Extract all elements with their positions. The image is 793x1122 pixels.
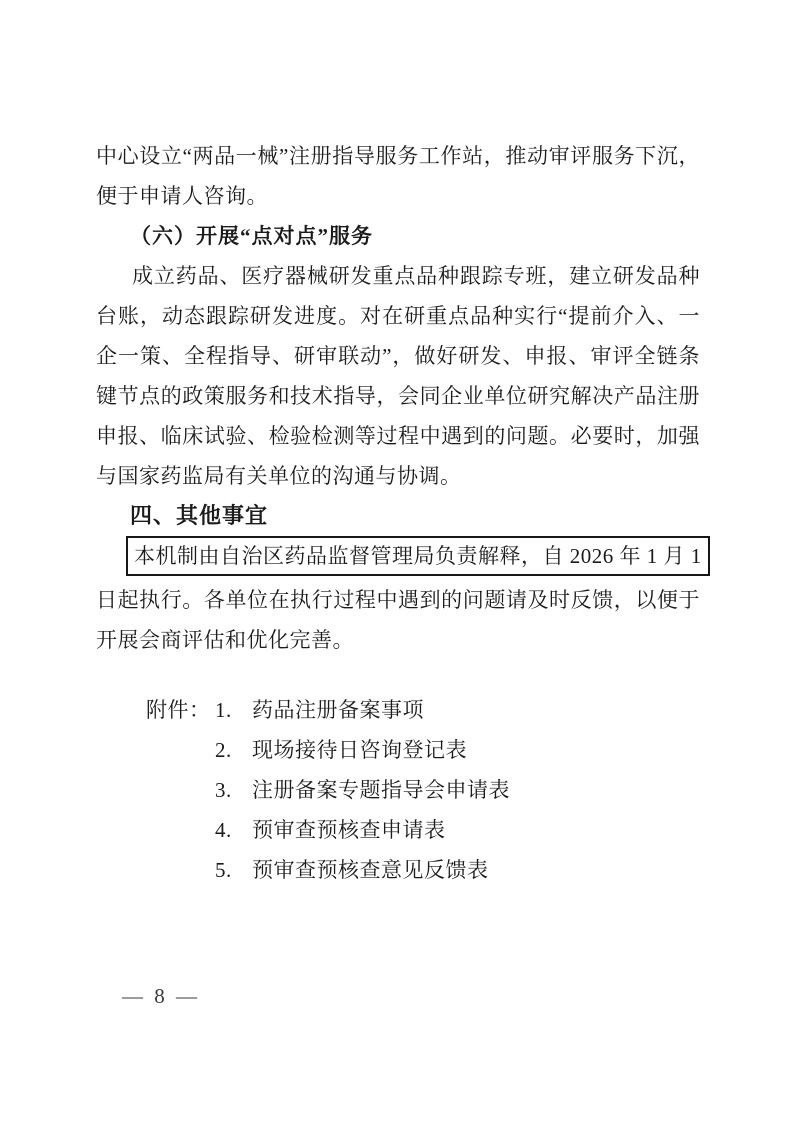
body-line: 日起执行。各单位在执行过程中遇到的问题请及时反馈，以便于	[96, 580, 700, 620]
attachment-number: 1.	[215, 690, 252, 730]
page-number: — 8 —	[122, 984, 200, 1009]
body-line: 台账，动态跟踪研发进度。对在研重点品种实行“提前介入、一	[96, 296, 700, 336]
boxed-text: 本机制由自治区药品监督管理局负责解释，自 2026 年 1 月 1	[134, 544, 702, 568]
attachment-item: 4.预审查预核查申请表	[96, 810, 700, 850]
attachment-title: 药品注册备案事项	[252, 698, 424, 722]
body-line: 便于申请人咨询。	[96, 176, 700, 216]
attachment-item: 5.预审查预核查意见反馈表	[96, 850, 700, 890]
body-line: 键节点的政策服务和技术指导，会同企业单位研究解决产品注册	[96, 376, 700, 416]
attachment-item: 2.现场接待日咨询登记表	[96, 730, 700, 770]
attachment-number: 5.	[215, 850, 252, 890]
body-line: 开展会商评估和优化完善。	[96, 620, 700, 660]
highlight-box-line: 本机制由自治区药品监督管理局负责解释，自 2026 年 1 月 1	[96, 536, 700, 580]
attachments-label: 附件：	[146, 690, 215, 730]
attachment-title: 现场接待日咨询登记表	[252, 738, 467, 762]
body-line: 与国家药监局有关单位的沟通与协调。	[96, 456, 700, 496]
body-line: 成立药品、医疗器械研发重点品种跟踪专班，建立研发品种	[96, 256, 700, 296]
attachment-number: 2.	[215, 730, 252, 770]
attachment-title: 注册备案专题指导会申请表	[252, 778, 510, 802]
document-page: 中心设立“两品一械”注册指导服务工作站，推动审评服务下沉， 便于申请人咨询。 （…	[0, 0, 793, 1122]
attachments-list: 附件：1.药品注册备案事项 2.现场接待日咨询登记表 3.注册备案专题指导会申请…	[96, 690, 700, 890]
body-line: 申报、临床试验、检验检测等过程中遇到的问题。必要时，加强	[96, 416, 700, 456]
body-line: 企一策、全程指导、研审联动”，做好研发、申报、审评全链条关	[96, 336, 700, 376]
attachment-title: 预审查预核查意见反馈表	[252, 858, 489, 882]
attachment-title: 预审查预核查申请表	[252, 818, 446, 842]
attachment-number: 4.	[215, 810, 252, 850]
highlight-box: 本机制由自治区药品监督管理局负责解释，自 2026 年 1 月 1	[126, 536, 710, 576]
attachment-item: 附件：1.药品注册备案事项	[96, 690, 700, 730]
attachment-number: 3.	[215, 770, 252, 810]
body-line: 中心设立“两品一械”注册指导服务工作站，推动审评服务下沉，	[96, 136, 700, 176]
section-heading: 四、其他事宜	[96, 496, 700, 536]
subsection-heading: （六）开展“点对点”服务	[96, 216, 700, 256]
body-text-column: 中心设立“两品一械”注册指导服务工作站，推动审评服务下沉， 便于申请人咨询。 （…	[96, 136, 700, 890]
attachment-item: 3.注册备案专题指导会申请表	[96, 770, 700, 810]
